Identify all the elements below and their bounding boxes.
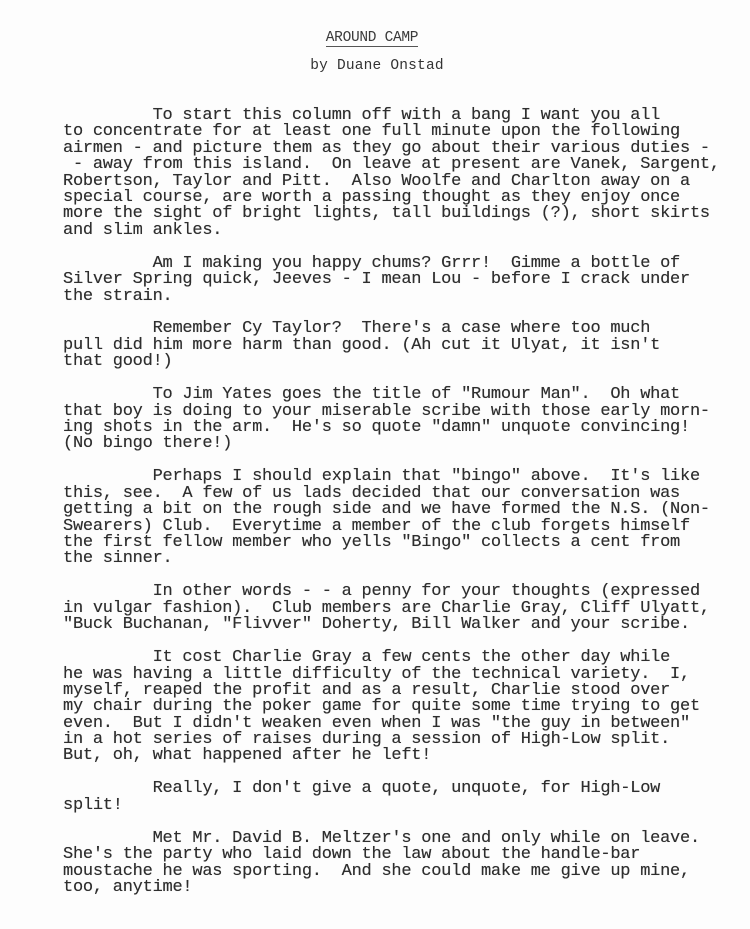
paragraph: Am I making you happy chums? Grrr! Gimme… [63,256,733,305]
text-line: that good!) [63,354,733,370]
paragraph: To Jim Yates goes the title of "Rumour M… [63,387,733,453]
text-line: and slim ankles. [63,223,733,239]
text-line: the strain. [63,289,733,305]
paragraph: Perhaps I should explain that "bingo" ab… [63,469,733,567]
paragraph: Really, I don't give a quote, unquote, f… [63,781,733,814]
text-line: But, oh, what happened after he left! [63,748,733,764]
document-body: To start this column off with a bang I w… [63,108,733,913]
text-line: (No bingo there!) [63,436,733,452]
document-page: AROUND CAMP by Duane Onstad To start thi… [0,0,750,929]
paragraph: Remember Cy Taylor? There's a case where… [63,321,733,370]
text-line: "Buck Buchanan, "Flivver" Doherty, Bill … [63,617,733,633]
text-line: too, anytime! [63,880,733,896]
paragraph: It cost Charlie Gray a few cents the oth… [63,650,733,765]
text-line: split! [63,798,733,814]
paragraph: Met Mr. David B. Meltzer's one and only … [63,831,733,897]
text-line: Really, I don't give a quote, unquote, f… [63,781,733,797]
document-title: AROUND CAMP [0,30,750,46]
text-line: the sinner. [63,551,733,567]
byline: by Duane Onstad [0,58,750,74]
title-text: AROUND CAMP [326,30,418,47]
paragraph: In other words - - a penny for your thou… [63,584,733,633]
paragraph: To start this column off with a bang I w… [63,108,733,239]
